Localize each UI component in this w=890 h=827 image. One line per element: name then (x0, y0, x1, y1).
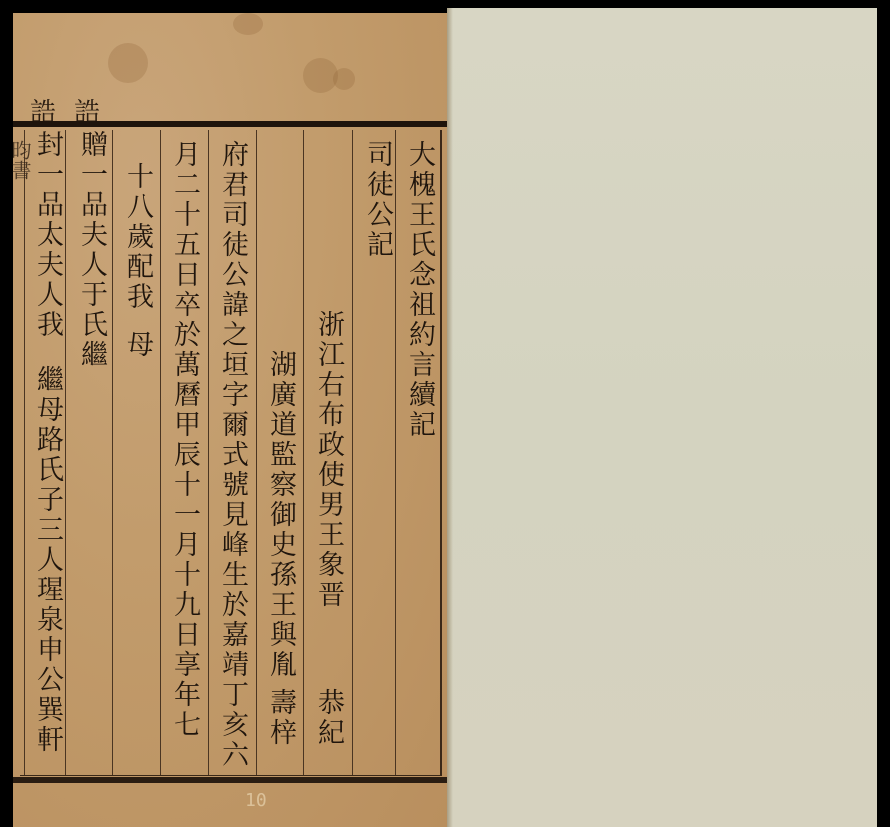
page-number-mark: 10 (245, 790, 267, 811)
column-body-3-bottom: 母 (116, 330, 158, 360)
column-body-1: 府君司徒公諱之垣字爾式號見峰生於嘉靖丁亥六 (211, 140, 253, 770)
column-author-top: 浙江右布政使男王象晋 (307, 310, 349, 610)
bottom-border-rule (13, 777, 447, 783)
column-body-5-top: 封一品太夫人我 (26, 130, 68, 340)
column-body-3-top: 十八歲配我 (116, 162, 158, 312)
column-divider (303, 130, 304, 775)
column-title: 大槐王氏念祖約言續記 (398, 140, 440, 440)
column-divider (208, 130, 209, 775)
top-border-rule (13, 121, 447, 127)
column-editor-top: 湖廣道監察御史孫王與胤 (259, 350, 301, 680)
column-divider (352, 130, 353, 775)
column-subtitle: 司徒公記 (356, 140, 398, 260)
column-divider (160, 130, 161, 775)
water-stain (333, 68, 355, 90)
water-stain (108, 43, 148, 83)
water-stain (233, 13, 263, 35)
column-divider (256, 130, 257, 775)
column-body-2: 月二十五日卒於萬曆甲辰十一月十九日享年七 (163, 140, 205, 740)
right-page-blank (447, 8, 877, 827)
column-body-4: 贈一品夫人于氏繼 (70, 130, 112, 370)
column-divider (112, 130, 113, 775)
column-body-5-bottom: 繼母路氏子三人瑆泉申公巽軒 (26, 365, 68, 755)
column-editor-bottom: 壽梓 (259, 688, 301, 748)
column-divider (24, 130, 25, 775)
column-author-bottom: 恭紀 (307, 688, 349, 748)
